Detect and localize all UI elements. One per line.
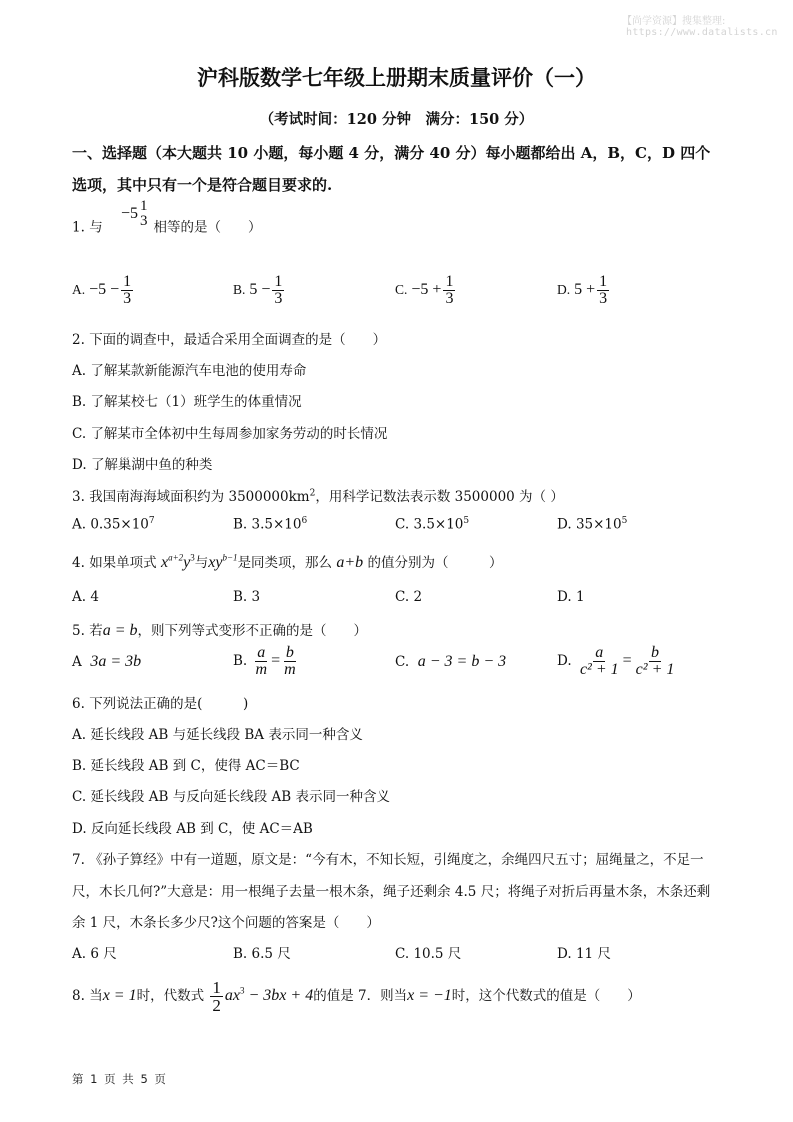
- question-number: 7.: [72, 852, 85, 868]
- monomial-1: xa+2y3: [161, 554, 195, 571]
- question-text: 的值分别为（ ）: [367, 555, 502, 571]
- page-title: 沪科版数学七年级上册期末质量评价（一）: [0, 62, 793, 92]
- option-label: A: [72, 654, 82, 670]
- watermark-source: 【尚学资源】搜集整理:: [622, 12, 725, 27]
- question-number: 1.: [72, 220, 85, 236]
- option-text: 延长线段 AB 到 C，使得 AC＝BC: [91, 758, 300, 774]
- option-label: C.: [395, 589, 409, 605]
- numerator: 1: [272, 274, 284, 291]
- fraction: 13: [272, 274, 284, 307]
- option-expr: −5 +: [411, 281, 441, 298]
- question-text: 《孙子算经》中有一道题，原文是：“今有木，不知长短，引绳度之，余绳四尺五寸；屈绳…: [89, 852, 703, 868]
- question-text: ，则下列等式变形不正确的是（ ）: [137, 623, 367, 639]
- option-label: B.: [233, 653, 247, 669]
- option-label: D.: [557, 946, 572, 962]
- option-label: C.: [395, 282, 407, 297]
- polynomial: ax3 − 3bx + 4: [225, 987, 313, 1004]
- option-label: C.: [395, 654, 409, 670]
- denominator: 3: [140, 214, 148, 229]
- fraction: 12: [210, 979, 223, 1014]
- numerator: 1: [210, 979, 223, 997]
- q4-option-a[interactable]: A. 4: [72, 589, 99, 605]
- exponent: a+2: [168, 553, 183, 563]
- q3-option-d[interactable]: D. 35×105: [557, 516, 627, 533]
- page-number: 第 1 页 共 5 页: [72, 1071, 166, 1087]
- option-text: 延长线段 AB 与延长线段 BA 表示同一种含义: [90, 727, 363, 743]
- option-text: 反向延长线段 AB 到 C，使 AC＝AB: [91, 821, 313, 837]
- option-label: A.: [72, 363, 86, 379]
- condition-expr: x = −1: [407, 987, 452, 1004]
- option-label: B.: [233, 589, 247, 605]
- option-text: 3.5×10: [252, 517, 302, 533]
- superscript: 5: [463, 516, 469, 526]
- option-text: 3.5×10: [413, 517, 463, 533]
- question-text: 时，代数式: [137, 988, 205, 1004]
- q5-option-b[interactable]: B. am=bm: [233, 645, 300, 678]
- denominator: c² + 1: [578, 662, 621, 678]
- q7-option-b[interactable]: B. 6.5 尺: [233, 942, 291, 962]
- question-number: 5.: [72, 623, 85, 639]
- option-label: B.: [233, 517, 247, 533]
- option-label: A.: [72, 727, 86, 743]
- option-text: 了解某款新能源汽车电池的使用寿命: [90, 363, 306, 379]
- whole-part: −5: [121, 205, 138, 222]
- option-text: 10.5 尺: [413, 946, 461, 962]
- option-label: A.: [72, 282, 85, 297]
- numerator: a: [593, 645, 605, 662]
- option-expr: a − 3 = b − 3: [418, 653, 506, 670]
- question-7-line3: 余 1 尺，木条长多少尺?这个问题的答案是（ ）: [72, 911, 380, 931]
- exam-info: （考试时间：120 分钟 满分：150 分）: [0, 108, 793, 129]
- option-label: D.: [72, 821, 87, 837]
- question-4: 4. 如果单项式 xa+2y3与xyb−1是同类项，那么 a+b 的值分别为（ …: [72, 551, 502, 572]
- fraction: 13: [597, 274, 609, 307]
- q5-option-d[interactable]: D. ac² + 1=bc² + 1: [557, 645, 678, 678]
- q4-option-c[interactable]: C. 2: [395, 589, 422, 605]
- option-text: 4: [90, 589, 99, 605]
- question-text: 的值是 7．则当: [313, 988, 407, 1004]
- superscript: 5: [622, 516, 628, 526]
- q2-option-b[interactable]: B. 了解某校七（1）班学生的体重情况: [72, 390, 302, 410]
- question-text: 时，这个代数式的值是（ ）: [452, 988, 641, 1004]
- exponent: b−1: [222, 553, 237, 563]
- denominator: m: [254, 662, 270, 678]
- question-text: 与: [195, 555, 209, 571]
- numerator: 1: [597, 274, 609, 291]
- question-text: 如果单项式: [89, 555, 157, 571]
- option-label: A.: [72, 517, 86, 533]
- section-heading-line1: 一、选择题（本大题共 10 小题，每小题 4 分，满分 40 分）每小题都给出 …: [72, 142, 710, 163]
- q6-option-a[interactable]: A. 延长线段 AB 与延长线段 BA 表示同一种含义: [72, 723, 363, 743]
- option-expr: 5 +: [574, 281, 595, 298]
- denominator: m: [282, 662, 298, 678]
- option-text: 3: [252, 589, 261, 605]
- numerator: b: [284, 645, 296, 662]
- question-number: 3.: [72, 489, 85, 505]
- condition-expr: x = 1: [103, 987, 137, 1004]
- question-text: 我国南海海域面积约为 3500000km: [89, 489, 309, 505]
- q7-option-a[interactable]: A. 6 尺: [72, 942, 117, 962]
- question-6: 6. 下列说法正确的是( ): [72, 692, 248, 712]
- question-7-line2: 尺，木长几何?”大意是：用一根绳子去量一根木条，绳子还剩余 4.5 尺；将绳子对…: [72, 880, 710, 900]
- superscript: 7: [149, 516, 155, 526]
- option-label: D.: [557, 589, 572, 605]
- q6-option-d[interactable]: D. 反向延长线段 AB 到 C，使 AC＝AB: [72, 817, 313, 837]
- q7-option-d[interactable]: D. 11 尺: [557, 942, 611, 962]
- numerator: 1: [443, 274, 455, 291]
- question-text: 当: [89, 988, 103, 1004]
- q4-option-d[interactable]: D. 1: [557, 589, 585, 605]
- denominator: c² + 1: [634, 662, 677, 678]
- option-text: 0.35×10: [90, 517, 149, 533]
- denominator: 3: [597, 291, 609, 307]
- fraction-left: ac² + 1: [578, 645, 621, 678]
- option-text: 了解巢湖中鱼的种类: [91, 457, 213, 473]
- q2-option-a[interactable]: A. 了解某款新能源汽车电池的使用寿命: [72, 359, 306, 379]
- fraction: 13: [121, 274, 133, 307]
- option-label: D.: [72, 457, 87, 473]
- option-label: B.: [72, 758, 86, 774]
- option-label: D.: [557, 282, 570, 297]
- q1-option-d[interactable]: D. 5 +13: [557, 274, 611, 307]
- mixed-number: −513: [121, 205, 154, 222]
- option-label: A.: [72, 589, 86, 605]
- var: xy: [208, 554, 222, 571]
- fraction-right: bc² + 1: [634, 645, 677, 678]
- question-8: 8. 当x = 1时，代数式 12ax3 − 3bx + 4的值是 7．则当x …: [72, 979, 641, 1014]
- question-number: 6.: [72, 696, 85, 712]
- question-text: 相等的是（ ）: [154, 220, 262, 236]
- superscript: 6: [301, 516, 307, 526]
- fraction: 13: [443, 274, 455, 307]
- fraction-left: am: [254, 645, 270, 678]
- q2-option-d[interactable]: D. 了解巢湖中鱼的种类: [72, 453, 212, 473]
- denominator: 3: [121, 291, 133, 307]
- question-number: 8.: [72, 988, 85, 1004]
- q6-option-b[interactable]: B. 延长线段 AB 到 C，使得 AC＝BC: [72, 754, 300, 774]
- question-number: 4.: [72, 555, 85, 571]
- option-text: 11 尺: [576, 946, 611, 962]
- q3-option-a[interactable]: A. 0.35×107: [72, 516, 155, 533]
- option-expr: 3a = 3b: [90, 653, 141, 670]
- numerator: 1: [140, 199, 148, 214]
- option-label: B.: [233, 946, 247, 962]
- numerator: 1: [121, 274, 133, 291]
- q1-option-a[interactable]: A. −5 −13: [72, 274, 135, 307]
- q3-option-b[interactable]: B. 3.5×106: [233, 516, 307, 533]
- question-1: 1. 与 −513 相等的是（ ）: [72, 213, 262, 243]
- q2-option-c[interactable]: C. 了解某市全体初中生每周参加家务劳动的时长情况: [72, 422, 387, 442]
- option-text: 6.5 尺: [252, 946, 291, 962]
- question-number: 2.: [72, 332, 85, 348]
- option-label: D.: [557, 653, 572, 669]
- option-text: 2: [413, 589, 422, 605]
- q6-option-c[interactable]: C. 延长线段 AB 与反向延长线段 AB 表示同一种含义: [72, 785, 390, 805]
- numerator: a: [255, 645, 267, 662]
- question-5: 5. 若a = b，则下列等式变形不正确的是（ ）: [72, 619, 367, 640]
- q3-option-c[interactable]: C. 3.5×105: [395, 516, 469, 533]
- fraction-right: bm: [282, 645, 298, 678]
- numerator: b: [649, 645, 661, 662]
- option-text: 延长线段 AB 与反向延长线段 AB 表示同一种含义: [90, 789, 390, 805]
- monomial-2: xyb−1: [208, 554, 237, 571]
- option-text: 了解某市全体初中生每周参加家务劳动的时长情况: [90, 426, 387, 442]
- fraction: 13: [140, 199, 148, 229]
- option-label: A.: [72, 946, 86, 962]
- option-label: C.: [395, 946, 409, 962]
- option-text: 35×10: [576, 517, 622, 533]
- section-heading-line2: 选项，其中只有一个是符合题目要求的.: [72, 174, 332, 195]
- question-text: 下列说法正确的是( ): [89, 696, 248, 712]
- question-text: 下面的调查中，最适合采用全面调查的是（ ）: [89, 332, 386, 348]
- term: − 3bx + 4: [245, 987, 314, 1004]
- q4-option-b[interactable]: B. 3: [233, 589, 260, 605]
- denominator: 3: [443, 291, 455, 307]
- q5-option-c[interactable]: C. a − 3 = b − 3: [395, 653, 506, 671]
- option-text: 了解某校七（1）班学生的体重情况: [91, 394, 302, 410]
- option-label: C.: [72, 789, 86, 805]
- option-label: D.: [557, 517, 572, 533]
- question-2: 2. 下面的调查中，最适合采用全面调查的是（ ）: [72, 328, 386, 348]
- option-label: B.: [72, 394, 86, 410]
- term: ax: [225, 987, 240, 1004]
- q5-option-a[interactable]: A 3a = 3b: [72, 653, 141, 671]
- watermark-url: https://www.datalists.cn: [626, 27, 778, 38]
- question-7-line1: 7. 《孙子算经》中有一道题，原文是：“今有木，不知长短，引绳度之，余绳四尺五寸…: [72, 848, 704, 868]
- sum-expr: a+b: [336, 554, 363, 571]
- condition-expr: a = b: [103, 622, 138, 639]
- option-expr: 5 −: [249, 281, 270, 298]
- q1-option-c[interactable]: C. −5 +13: [395, 274, 457, 307]
- denominator: 2: [210, 997, 223, 1014]
- option-label: C.: [395, 517, 409, 533]
- question-text: 是同类项，那么: [238, 555, 333, 571]
- question-3: 3. 我国南海海域面积约为 3500000km2，用科学记数法表示数 35000…: [72, 485, 564, 505]
- option-expr: −5 −: [89, 281, 119, 298]
- option-label: B.: [233, 282, 245, 297]
- option-text: 1: [576, 589, 585, 605]
- question-text: 若: [89, 623, 103, 639]
- question-text: 与: [89, 220, 103, 236]
- option-label: C.: [72, 426, 86, 442]
- question-text: ，用科学记数法表示数 3500000 为（ ）: [315, 489, 564, 505]
- q7-option-c[interactable]: C. 10.5 尺: [395, 942, 461, 962]
- option-text: 6 尺: [90, 946, 116, 962]
- denominator: 3: [272, 291, 284, 307]
- q1-option-b[interactable]: B. 5 −13: [233, 274, 286, 307]
